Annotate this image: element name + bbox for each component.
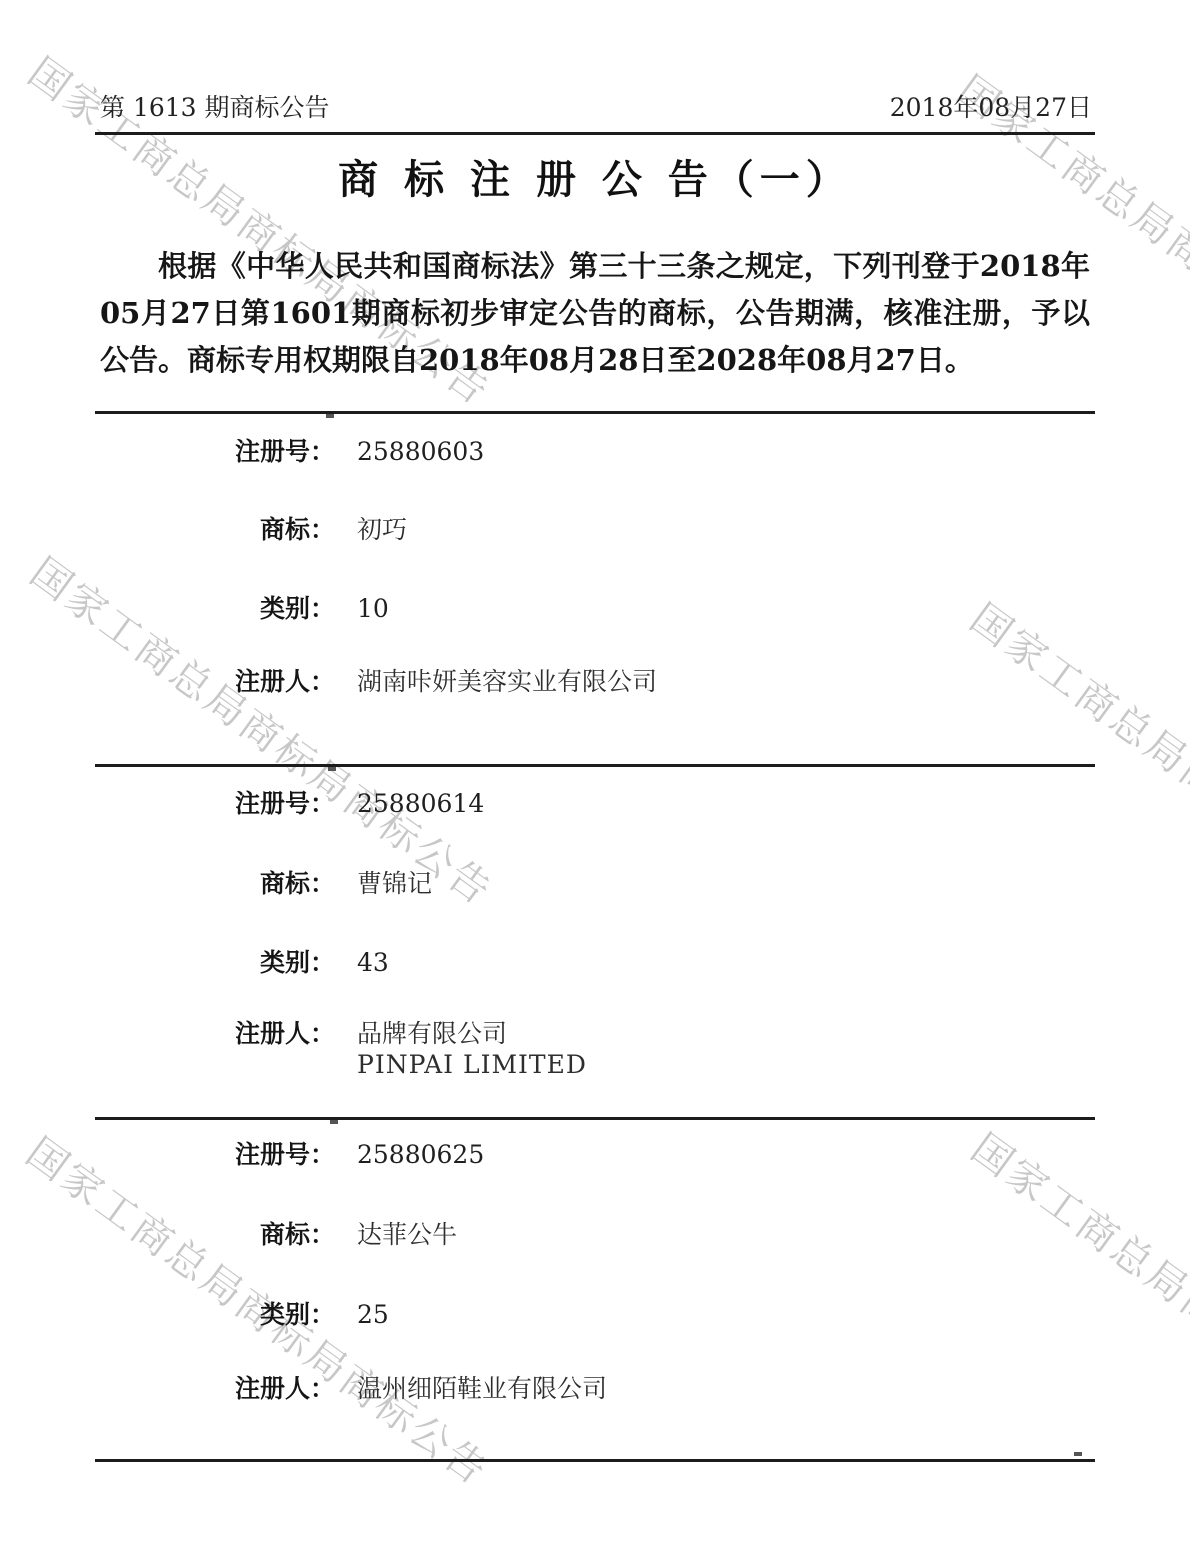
field-value-registrant-en: PINPAI LIMITED bbox=[357, 1050, 587, 1079]
field-label-trademark: 商标： bbox=[95, 1215, 335, 1251]
bottom-rule bbox=[95, 1459, 1095, 1462]
watermark-text: 国家工商总局商标局商标公告 bbox=[961, 1118, 1190, 1493]
field-value-category: 43 bbox=[357, 948, 389, 977]
field-label-trademark: 商标： bbox=[95, 864, 335, 900]
field-label-registrant: 注册人： bbox=[95, 662, 335, 698]
record-row: 商标： 达菲公牛 bbox=[95, 1215, 457, 1251]
record-row: 类别： 10 bbox=[95, 589, 389, 625]
field-value-regno: 25880625 bbox=[357, 1140, 484, 1169]
record-divider bbox=[95, 1117, 1095, 1120]
scan-artifact bbox=[330, 1120, 338, 1124]
record-row: 注册号： 25880625 bbox=[95, 1135, 484, 1171]
field-label-regno: 注册号： bbox=[95, 1135, 335, 1171]
record-divider bbox=[95, 411, 1095, 414]
watermark-text: 国家工商总局商标局商标公告 bbox=[960, 588, 1190, 963]
scan-artifact bbox=[326, 414, 334, 418]
field-value-category: 25 bbox=[357, 1300, 389, 1329]
field-value-trademark: 达菲公牛 bbox=[357, 1215, 457, 1251]
field-label-trademark: 商标： bbox=[95, 510, 335, 546]
intro-paragraph: 根据《中华人民共和国商标法》第三十三条之规定，下列刊登于2018年05月27日第… bbox=[100, 243, 1090, 384]
record-row: 类别： 25 bbox=[95, 1295, 389, 1331]
field-value-registrant: 湖南咔妍美容实业有限公司 bbox=[357, 662, 657, 698]
header-rule bbox=[95, 132, 1095, 135]
field-value-category: 10 bbox=[357, 594, 389, 623]
record-row: 注册人： 温州细陌鞋业有限公司 bbox=[95, 1369, 607, 1405]
field-label-category: 类别： bbox=[95, 1295, 335, 1331]
record-row: 注册人： 湖南咔妍美容实业有限公司 bbox=[95, 662, 657, 698]
field-value-registrant: 温州细陌鞋业有限公司 bbox=[357, 1369, 607, 1405]
record-row: 商标： 初巧 bbox=[95, 510, 407, 546]
scan-artifact bbox=[1074, 1452, 1082, 1456]
field-value-registrant: 品牌有限公司 bbox=[357, 1014, 507, 1050]
issue-number: 第 1613 期商标公告 bbox=[100, 88, 330, 124]
record-row: PINPAI LIMITED bbox=[95, 1050, 587, 1079]
record-row: 类别： 43 bbox=[95, 943, 389, 979]
field-label-regno: 注册号： bbox=[95, 784, 335, 820]
field-label-registrant: 注册人： bbox=[95, 1369, 335, 1405]
field-label-category: 类别： bbox=[95, 589, 335, 625]
record-row: 商标： 曹锦记 bbox=[95, 864, 432, 900]
record-divider bbox=[95, 764, 1095, 767]
gazette-page: 国家工商总局商标局商标公告 国家工商总局商标局商标公告 国家工商总局商标局商标公… bbox=[0, 0, 1190, 1564]
scan-artifact bbox=[328, 767, 336, 771]
record-row: 注册人： 品牌有限公司 bbox=[95, 1014, 507, 1050]
field-label-registrant: 注册人： bbox=[95, 1014, 335, 1050]
field-label-regno: 注册号： bbox=[95, 432, 335, 468]
field-value-regno: 25880614 bbox=[357, 789, 484, 818]
page-title: 商 标 注 册 公 告（一） bbox=[0, 148, 1190, 205]
publication-date: 2018年08月27日 bbox=[890, 88, 1092, 124]
field-value-trademark: 曹锦记 bbox=[357, 864, 432, 900]
field-label-category: 类别： bbox=[95, 943, 335, 979]
record-row: 注册号： 25880614 bbox=[95, 784, 484, 820]
field-value-trademark: 初巧 bbox=[357, 510, 407, 546]
record-row: 注册号： 25880603 bbox=[95, 432, 484, 468]
field-value-regno: 25880603 bbox=[357, 437, 484, 466]
